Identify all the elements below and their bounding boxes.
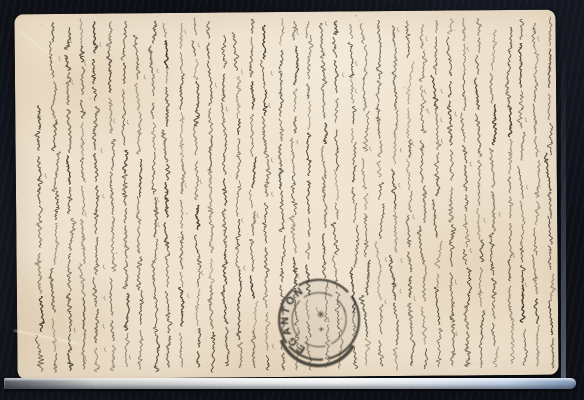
postcard-artwork: EGANTON + ✳ <box>14 10 558 380</box>
sleeve-edge-highlight-bottom <box>4 378 576 389</box>
sleeve-edge-highlight-right <box>561 46 566 380</box>
photo-background: EGANTON + ✳ <box>0 0 584 400</box>
postmark-stamp: EGANTON + ✳ <box>279 279 360 366</box>
postcard: EGANTON + ✳ <box>14 10 558 380</box>
